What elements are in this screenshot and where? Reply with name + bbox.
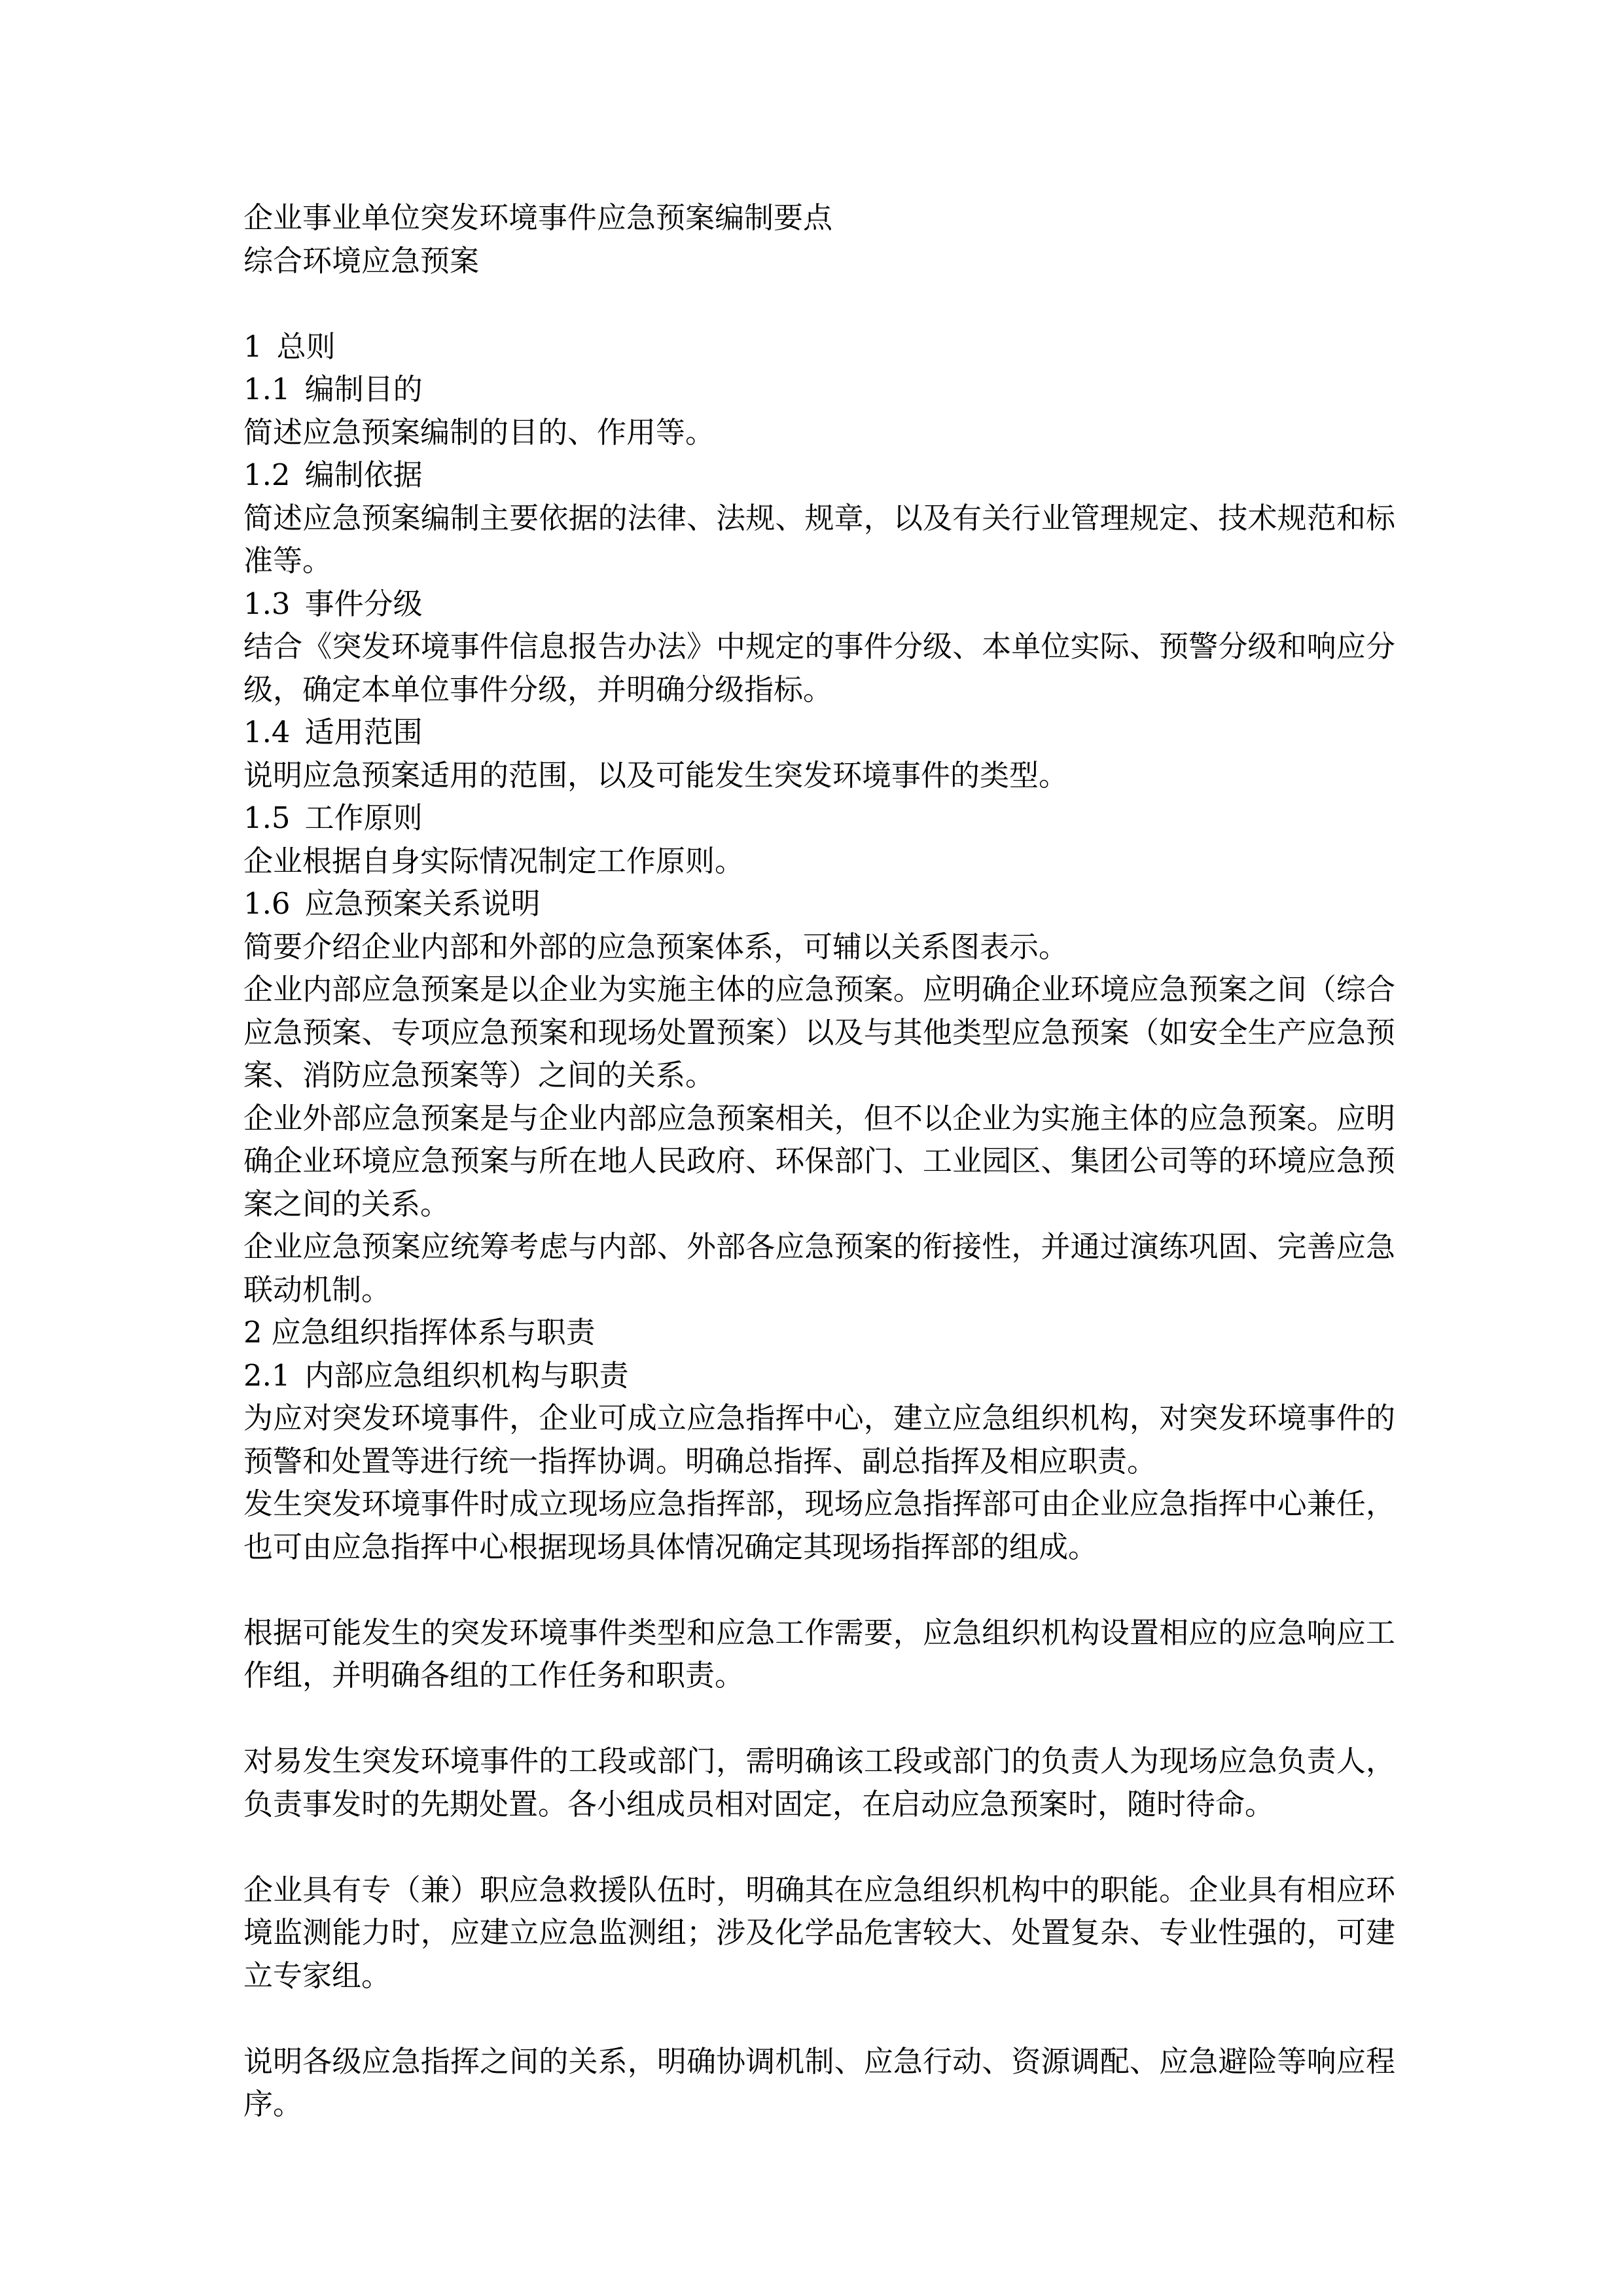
spacer xyxy=(243,1825,1395,1869)
paragraph: 简要介绍企业内部和外部的应急预案体系，可辅以关系图表示。 xyxy=(243,925,1395,969)
paragraph: 说明各级应急指挥之间的关系，明确协调机制、应急行动、资源调配、应急避险等响应程序… xyxy=(243,2040,1395,2126)
spacer xyxy=(243,1568,1395,1611)
section-title: 编制依据 xyxy=(305,457,423,492)
paragraph: 对易发生突发环境事件的工段或部门，需明确该工段或部门的负责人为现场应急负责人，负… xyxy=(243,1740,1395,1825)
section-heading-1-2: 1.2编制依据 xyxy=(243,454,1395,497)
section-heading-2: 2应急组织指挥体系与职责 xyxy=(243,1311,1395,1354)
section-heading-1-3: 1.3事件分级 xyxy=(243,583,1395,626)
section-heading-1-4: 1.4适用范围 xyxy=(243,711,1395,754)
paragraph: 企业具有专（兼）职应急救援队伍时，明确其在应急组织机构中的职能。企业具有相应环境… xyxy=(243,1869,1395,1998)
section-title: 应急预案关系说明 xyxy=(305,886,541,921)
section-heading-1: 1总则 xyxy=(243,325,1395,368)
section-number: 1.1 xyxy=(243,368,291,411)
section-number: 1.3 xyxy=(243,583,291,626)
section-number: 1.6 xyxy=(243,882,291,925)
section-heading-2-1: 2.1内部应急组织机构与职责 xyxy=(243,1354,1395,1397)
section-title: 事件分级 xyxy=(305,586,423,621)
paragraph: 根据可能发生的突发环境事件类型和应急工作需要，应急组织机构设置相应的应急响应工作… xyxy=(243,1611,1395,1697)
paragraph: 企业应急预案应统筹考虑与内部、外部各应急预案的衔接性，并通过演练巩固、完善应急联… xyxy=(243,1225,1395,1311)
paragraph: 发生突发环境事件时成立现场应急指挥部，现场应急指挥部可由企业应急指挥中心兼任，也… xyxy=(243,1482,1395,1568)
section-body-1-4: 说明应急预案适用的范围，以及可能发生突发环境事件的类型。 xyxy=(243,754,1395,797)
section-title: 内部应急组织机构与职责 xyxy=(305,1358,629,1393)
section-number: 2.1 xyxy=(243,1354,291,1397)
section-body-1-3: 结合《突发环境事件信息报告办法》中规定的事件分级、本单位实际、预警分级和响应分级… xyxy=(243,625,1395,711)
section-heading-1-6: 1.6应急预案关系说明 xyxy=(243,882,1395,925)
document-title: 企业事业单位突发环境事件应急预案编制要点 xyxy=(243,196,1395,240)
spacer xyxy=(243,282,1395,325)
section-number: 1 xyxy=(243,325,262,368)
section-title: 适用范围 xyxy=(305,715,423,749)
paragraph: 为应对突发环境事件，企业可成立应急指挥中心，建立应急组织机构，对突发环境事件的预… xyxy=(243,1397,1395,1482)
section-number: 1.5 xyxy=(243,797,291,840)
section-body-1-2: 简述应急预案编制主要依据的法律、法规、规章，以及有关行业管理规定、技术规范和标准… xyxy=(243,497,1395,583)
section-title: 工作原则 xyxy=(305,800,423,835)
section-body-1-5: 企业根据自身实际情况制定工作原则。 xyxy=(243,840,1395,883)
document-subtitle: 综合环境应急预案 xyxy=(243,240,1395,283)
spacer xyxy=(243,1997,1395,2040)
paragraph: 企业外部应急预案是与企业内部应急预案相关，但不以企业为实施主体的应急预案。应明确… xyxy=(243,1097,1395,1226)
section-number: 1.4 xyxy=(243,711,291,754)
section-heading-1-1: 1.1编制目的 xyxy=(243,368,1395,411)
section-title: 总则 xyxy=(277,329,336,364)
section-title: 编制目的 xyxy=(305,372,423,406)
section-title: 应急组织指挥体系与职责 xyxy=(272,1315,596,1350)
paragraph: 企业内部应急预案是以企业为实施主体的应急预案。应明确企业环境应急预案之间（综合应… xyxy=(243,968,1395,1097)
spacer xyxy=(243,1697,1395,1740)
section-body-1-1: 简述应急预案编制的目的、作用等。 xyxy=(243,411,1395,454)
section-number: 1.2 xyxy=(243,454,291,497)
section-heading-1-5: 1.5工作原则 xyxy=(243,797,1395,840)
section-number: 2 xyxy=(243,1311,262,1354)
document-page: 企业事业单位突发环境事件应急预案编制要点 综合环境应急预案 1总则 1.1编制目… xyxy=(243,196,1395,2126)
